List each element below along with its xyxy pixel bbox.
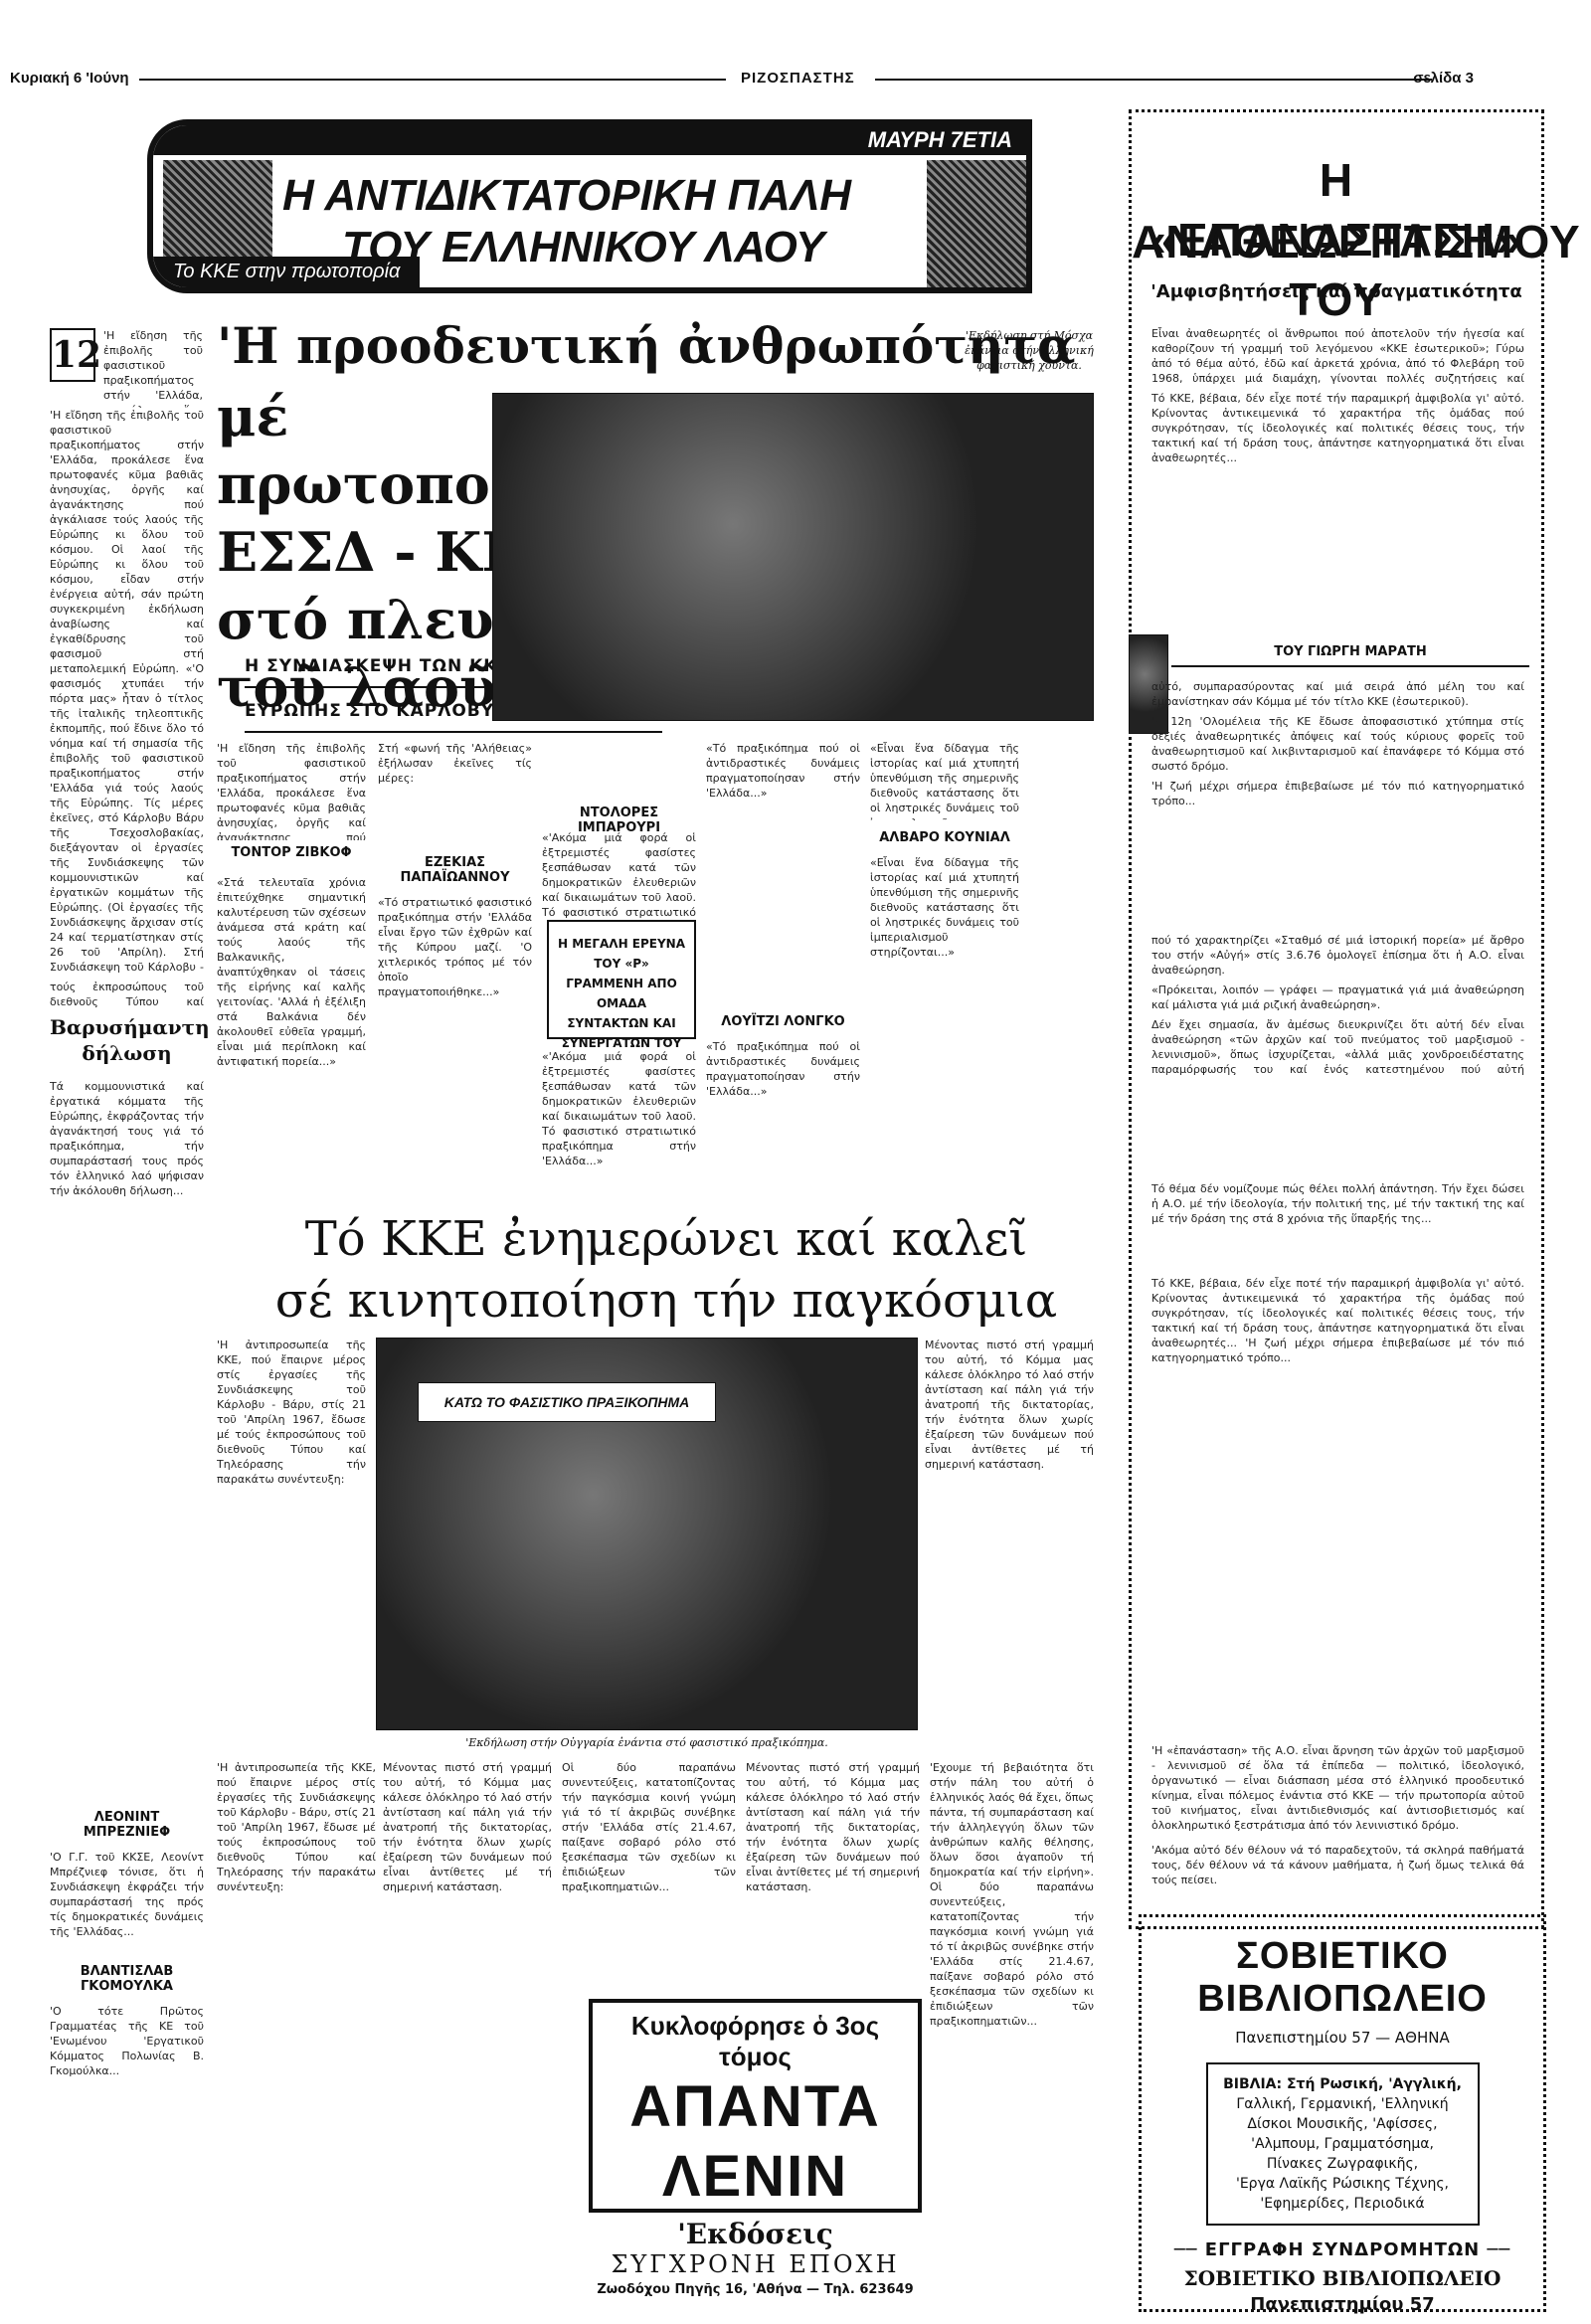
sidebar-text: Εἶναι ἀναθεωρητές οἱ ἄνθρωποι πού ἀποτελ…: [1151, 326, 1524, 386]
main-headline-line1: 'Η προοδευτική ἀνθρωπότητα: [217, 316, 1075, 375]
second-article-text: 'Εχουμε τή βεβαιότητα ὅτι στήν πάλη του …: [930, 1760, 1094, 2307]
bookstore-ad: ΣΟΒΙΕΤΙΚΟ ΒΙΒΛΙΟΠΩΛΕΙΟ Πανεπιστημίου 57 …: [1139, 1914, 1546, 2312]
speaker-text: «Τό πραξικόπημα πού οἱ ἀντιδραστικές δυν…: [706, 1039, 860, 1188]
inset-box: Η ΜΕΓΑΛΗ ΕΡΕΥΝΑ ΤΟΥ «Ρ» ΓΡΑΜΜΕΝΗ ΑΠΟ ΟΜΑ…: [547, 920, 696, 1039]
bookstore-address: Πανεπιστημίου 57 — ΑΘΗΝΑ: [1142, 2029, 1543, 2047]
photo-banner-text: ΚΑΤΩ ΤΟ ΦΑΣΙΣΤΙΚΟ ΠΡΑΞΙΚΟΠΗΜΑ: [418, 1382, 716, 1422]
speaker-text: «Στά τελευταῖα χρόνια ἐπιτεύχθηκε σημαντ…: [217, 875, 366, 1188]
banner-subtitle: Το ΚΚΕ στην πρωτοπορία: [153, 257, 420, 287]
article-text: «Εἶναι ἕνα δίδαγμα τῆς ἱστορίας καί μιά …: [870, 741, 1019, 820]
bookstore-footer-address: Πανεπιστημίου 57: [1142, 2294, 1543, 2315]
speaker-name: ΛΕΟΝΙΝΤ ΜΠΡΕΖΝΙΕΦ: [50, 1810, 204, 1840]
sidebar-subtitle: 'Αμφισβητήσεις καί πραγματικότητα: [1132, 281, 1541, 302]
newspaper-name: ΡΙΖΟΣΠΑΣΤΗΣ: [741, 70, 855, 87]
speaker-name: ΤΟΝΤΟΡ ΖΙΒΚΟΦ: [217, 845, 366, 860]
second-article-text: 'Η ἀντιπροσωπεία τῆς ΚΚΕ, πού ἔπαιρνε μέ…: [217, 1760, 376, 2307]
masthead-rule: [875, 79, 1432, 81]
article-text: Στή «φωνή τῆς 'Αλήθειας» ἐξήλωσαν ἐκεῖνε…: [378, 741, 532, 835]
series-banner: ΜΑΥΡΗ 7ΕΤΙΑ Η ΑΝΤΙΔΙΚΤΑΤΟΡΙΚΗ ΠΑΛΗ ΤΟΥ Ε…: [147, 119, 1032, 293]
speaker-text: «Τό στρατιωτικό φασιστικό πραξικόπημα στ…: [378, 895, 532, 1188]
ad-address: Ζωοδόχου Πηγῆς 16, 'Αθήνα — Τηλ. 623649: [593, 2282, 918, 2297]
ad-line1: Κυκλοφόρησε ὁ 3ος τόμος: [593, 2011, 918, 2072]
second-article-text: Μένοντας πιστό στή γραμμή του αὐτή, τό Κ…: [746, 1760, 920, 1989]
issue-date: Κυριακή 6 'Ιούνη: [10, 70, 129, 87]
article-text: «'Ακόμα μιά φορά οἱ ἐξτρεμιστές φασίστες…: [542, 1049, 696, 1188]
speaker-name: ΒΛΑΝΤΙΣΛΑΒ ΓΚΟΜΟΥΛΚΑ: [50, 1964, 204, 1994]
rule: [245, 731, 662, 733]
sidebar-title-2: ΑΝΑΘΕΩΡΗΤΙΣΜΟΥ: [1132, 212, 1541, 271]
lead-text-end: τούς ἐκπροσώπους τοῦ διεθνοῦς Τύπου καί …: [50, 980, 204, 1009]
banner-photo-right: [927, 160, 1026, 293]
sidebar-text: Τό ΚΚΕ, βέβαια, δέν εἶχε ποτέ τήν παραμι…: [1151, 1276, 1524, 1733]
speaker-name: ΕΖΕΚΙΑΣ ΠΑΠΑΪΩΑΝΝΟΥ: [378, 855, 532, 885]
section-text: Τά κομμουνιστικά καί ἐργατικά κόμματα τῆ…: [50, 1079, 204, 1800]
speaker-text: 'Ο τότε Πρῶτος Γραμματέας τῆς ΚΕ τοῦ 'Εν…: [50, 2004, 204, 2302]
bookstore-items: ΒΙΒΛΙΑ: Στή Ρωσική, 'Αγγλική, Γαλλική, Γ…: [1206, 2062, 1480, 2226]
bookstore-title: ΣΟΒΙΕΤΙΚΟ ΒΙΒΛΙΟΠΩΛΕΙΟ: [1142, 1935, 1543, 2021]
page-number: σελίδα 3: [1413, 70, 1474, 87]
sidebar-text: 'Η 12η 'Ολομέλεια τῆς ΚΕ ἔδωσε ἀποφασιστ…: [1151, 714, 1524, 774]
lead-text-top: 'Η εἴδηση τῆς ἐπιβολῆς τοῦ φασιστικοῦ πρ…: [103, 328, 203, 408]
masthead: Κυριακή 6 'Ιούνη ΡΙΖΟΣΠΑΣΤΗΣ σελίδα 3: [0, 70, 1591, 99]
lenin-ad: Κυκλοφόρησε ὁ 3ος τόμος ΑΠΑΝΤΑ ΛΕΝΙΝ 'Εκ…: [589, 1999, 922, 2213]
article-text: «Τό πραξικόπημα πού οἱ ἀντιδραστικές δυν…: [706, 741, 860, 1009]
sidebar-text: 'Η ζωή μέχρι σήμερα ἐπιβεβαίωσε μέ τόν π…: [1151, 779, 1524, 928]
photo-caption: 'Εκδήλωση στήν Οὐγγαρία ἐνάντια στό φασι…: [376, 1735, 918, 1750]
second-article-text: Μένοντας πιστό στή γραμμή του αὐτή, τό Κ…: [383, 1760, 552, 2307]
banner-label: ΜΑΥΡΗ 7ΕΤΙΑ: [854, 125, 1026, 155]
sidebar-text: Δέν ἔχει σημασία, ἄν ἀμέσως διευκρινίζει…: [1151, 1017, 1524, 1077]
section-heading: Βαρυσήμαντη δήλωση: [50, 1014, 204, 1066]
article-text: 'Η εἴδηση τῆς ἐπιβολῆς τοῦ φασιστικοῦ πρ…: [217, 741, 366, 840]
series-number: 12: [50, 328, 95, 382]
second-article-text: Οἱ δύο παραπάνω συνεντεύξεις, κατατοπίζο…: [562, 1760, 736, 1989]
sidebar-byline: ΤΟΥ ΓΙΩΡΓΗ ΜΑΡΑΤΗ: [1171, 644, 1529, 667]
ad-title: ΑΠΑΝΤΑ ΛΕΝΙΝ: [593, 2072, 918, 2212]
speaker-text: «Εἶναι ἕνα δίδαγμα τῆς ἱστορίας καί μιά …: [870, 855, 1019, 1188]
speaker-text: 'Ο Γ.Γ. τοῦ ΚΚΣΕ, Λεονίντ Μπρέζνιεφ τόνι…: [50, 1850, 204, 1959]
sidebar-text: 'Η «ἐπανάσταση» τῆς Α.Ο. εἶναι ἄρνηση τῶ…: [1151, 1743, 1524, 1838]
speaker-text: «'Ακόμα μιά φορά οἱ ἐξτρεμιστές φασίστες…: [542, 830, 696, 920]
ad-publisher: ΣΥΓΧΡΟΝΗ ΕΠΟΧΗ: [593, 2250, 918, 2278]
sidebar-text: πού τό χαρακτηρίζει «Σταθμό σέ μιά ἱστορ…: [1151, 933, 1524, 978]
ad-publisher-label: 'Εκδόσεις: [593, 2218, 918, 2250]
sidebar-text: αὐτό, συμπαρασύροντας καί μιά σειρά ἀπό …: [1151, 679, 1524, 709]
sidebar-text: Τό ΚΚΕ, βέβαια, δέν εἶχε ποτέ τήν παραμι…: [1151, 391, 1524, 634]
lead-text: 'Η εἴδηση τῆς ἐπιβολῆς τοῦ φασιστικοῦ πρ…: [50, 408, 204, 975]
masthead-rule: [139, 79, 726, 81]
sidebar-text: «Πρόκειται, λοιπόν — γράφει — πραγματικά…: [1151, 983, 1524, 1012]
sidebar-article: Η «ΕΠΑΝΑΣΤΑΣΗ» ΤΟΥ ΑΝΑΘΕΩΡΗΤΙΣΜΟΥ 'Αμφισ…: [1129, 109, 1544, 1929]
sidebar-text: 'Ακόμα αὐτό δέν θέλουν νά τό παραδεχτοῦν…: [1151, 1843, 1524, 1887]
bookstore-footer-name: ΣΟΒΙΕΤΙΚΟ ΒΙΒΛΙΟΠΩΛΕΙΟ: [1142, 2266, 1543, 2290]
subscribe-heading: ── ΕΓΓΡΑΦΗ ΣΥΝΔΡΟΜΗΤΩΝ ──: [1142, 2239, 1543, 2260]
moscow-demonstration-photo: [492, 393, 1094, 721]
speaker-name: ΑΛΒΑΡΟ ΚΟΥΝΙΑΛ: [870, 830, 1019, 845]
speaker-name: ΛΟΥΪΤΖΙ ΛΟΝΓΚΟ: [706, 1014, 860, 1029]
second-article-text: Μένοντας πιστό στή γραμμή του αὐτή, τό Κ…: [925, 1338, 1094, 1730]
photo-caption: 'Εκδήλωση στή Μόσχα ἐνάντια στήν ἑλληνικ…: [960, 328, 1099, 373]
banner-photo-left: [163, 160, 272, 269]
sidebar-text: Τό θέμα δέν νομίζουμε πώς θέλει πολλή ἀπ…: [1151, 1181, 1524, 1271]
